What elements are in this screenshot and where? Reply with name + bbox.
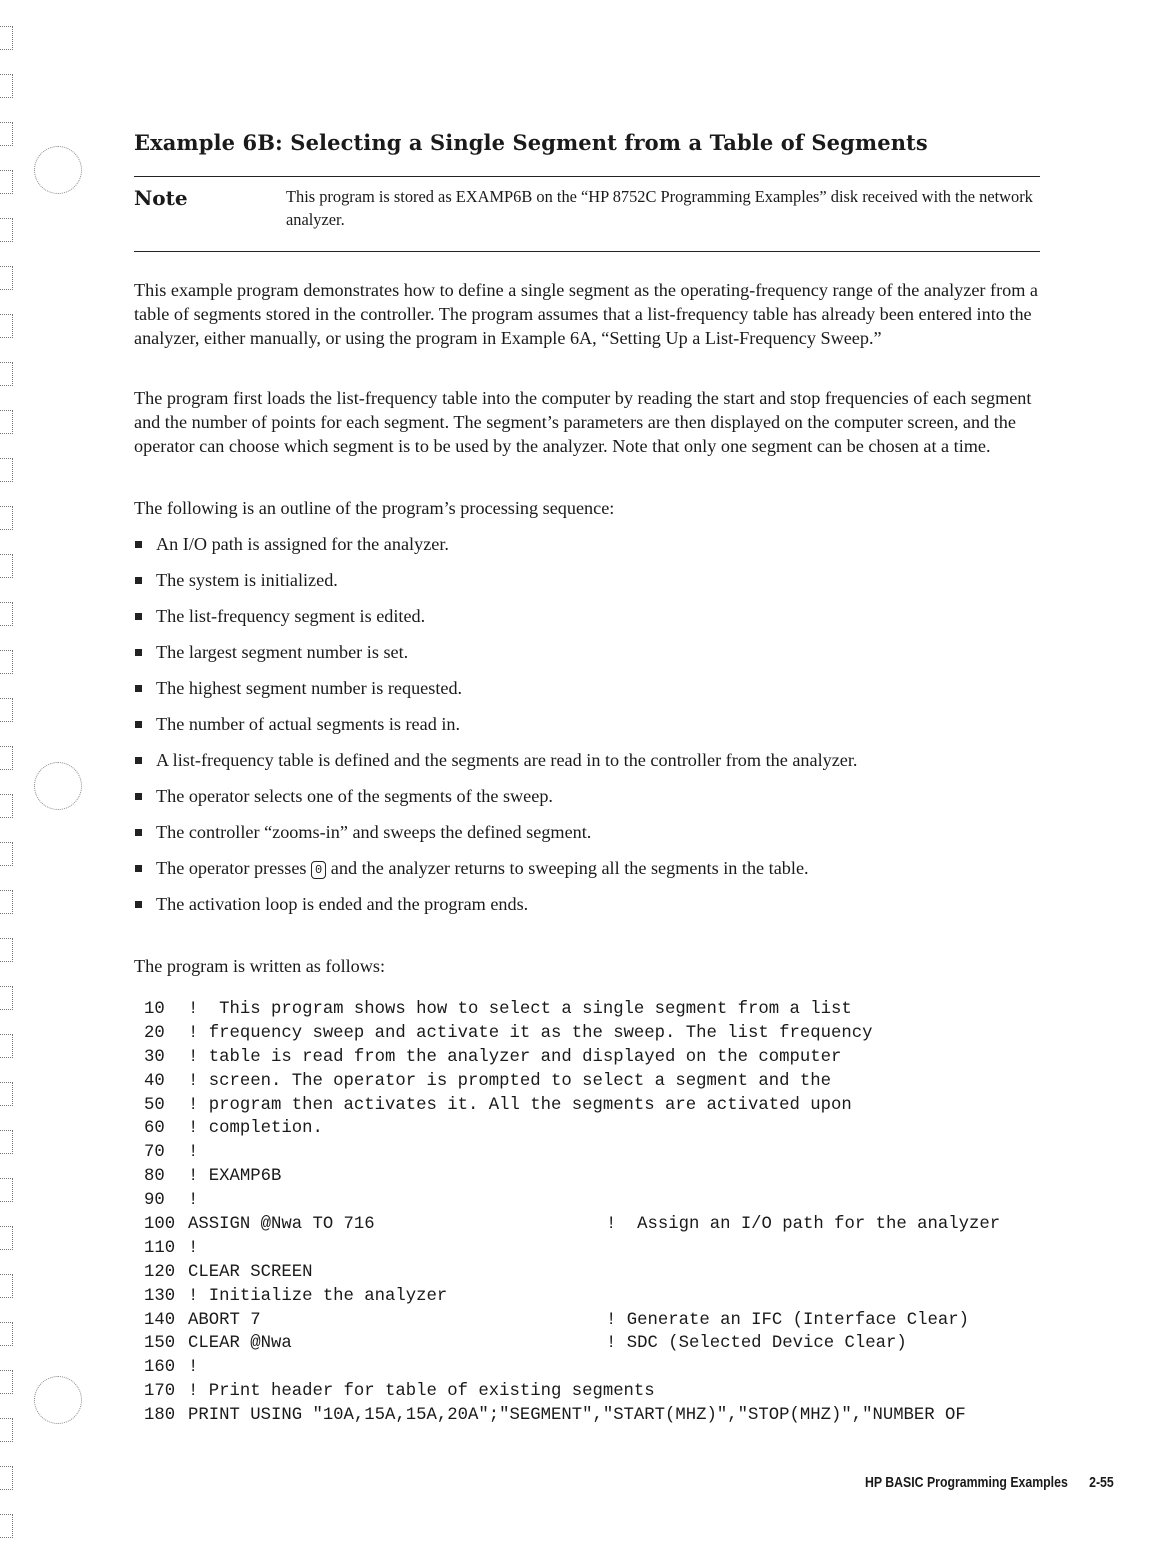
margin-mark bbox=[0, 1274, 13, 1298]
line-number: 70 bbox=[144, 1141, 165, 1165]
line-number: 120 bbox=[144, 1261, 175, 1285]
note-top-rule bbox=[134, 176, 1040, 177]
code-line: 120CLEAR SCREEN bbox=[144, 1261, 1044, 1285]
list-item-text: The highest segment number is requested. bbox=[156, 678, 462, 698]
margin-mark bbox=[0, 1226, 13, 1250]
margin-mark bbox=[0, 266, 13, 290]
line-number: 170 bbox=[144, 1380, 175, 1404]
code-listing: 10! This program shows how to select a s… bbox=[144, 998, 1044, 1428]
list-item: The highest segment number is requested. bbox=[134, 676, 1044, 700]
code-line: 160! bbox=[144, 1356, 1044, 1380]
margin-mark bbox=[0, 554, 13, 578]
code-line: 110! bbox=[144, 1237, 1044, 1261]
code-line: 150CLEAR @Nwa! SDC (Selected Device Clea… bbox=[144, 1332, 1044, 1356]
margin-mark bbox=[0, 602, 13, 626]
margin-mark bbox=[0, 938, 13, 962]
margin-mark bbox=[0, 794, 13, 818]
list-item: The activation loop is ended and the pro… bbox=[134, 892, 1044, 916]
list-item: The largest segment number is set. bbox=[134, 640, 1044, 664]
processing-sequence-list: An I/O path is assigned for the analyzer… bbox=[134, 532, 1044, 928]
line-number: 140 bbox=[144, 1309, 175, 1333]
margin-mark bbox=[0, 986, 13, 1010]
bullet-square-icon bbox=[135, 541, 142, 548]
code-intro: The program is written as follows: bbox=[134, 954, 1044, 978]
outline-intro: The following is an outline of the progr… bbox=[134, 496, 1044, 520]
code-statement: CLEAR @Nwa bbox=[188, 1332, 292, 1356]
punch-hole bbox=[34, 1376, 82, 1424]
margin-mark bbox=[0, 506, 13, 530]
code-line: 100ASSIGN @Nwa TO 716! Assign an I/O pat… bbox=[144, 1213, 1044, 1237]
code-statement: ! program then activates it. All the seg… bbox=[188, 1094, 852, 1118]
code-line: 90! bbox=[144, 1189, 1044, 1213]
margin-mark bbox=[0, 746, 13, 770]
list-item-text: The operator selects one of the segments… bbox=[156, 786, 553, 806]
margin-mark bbox=[0, 1130, 13, 1154]
code-statement: ! screen. The operator is prompted to se… bbox=[188, 1070, 831, 1094]
line-number: 60 bbox=[144, 1117, 165, 1141]
line-number: 90 bbox=[144, 1189, 165, 1213]
code-statement: ! EXAMP6B bbox=[188, 1165, 281, 1189]
punch-hole bbox=[34, 146, 82, 194]
margin-mark bbox=[0, 362, 13, 386]
code-line: 10! This program shows how to select a s… bbox=[144, 998, 1044, 1022]
code-line: 140ABORT 7! Generate an IFC (Interface C… bbox=[144, 1309, 1044, 1333]
margin-mark bbox=[0, 1370, 13, 1394]
margin-mark bbox=[0, 122, 13, 146]
note-text: This program is stored as EXAMP6B on the… bbox=[286, 185, 1046, 231]
code-statement: ! This program shows how to select a sin… bbox=[188, 998, 852, 1022]
margin-mark bbox=[0, 650, 13, 674]
page-footer: HP BASIC Programming Examples2-55 bbox=[865, 1474, 1114, 1491]
list-item-text: An I/O path is assigned for the analyzer… bbox=[156, 534, 449, 554]
margin-mark bbox=[0, 842, 13, 866]
code-statement: ! bbox=[188, 1237, 198, 1261]
list-item: The system is initialized. bbox=[134, 568, 1044, 592]
line-number: 160 bbox=[144, 1356, 175, 1380]
margin-mark bbox=[0, 74, 13, 98]
line-number: 40 bbox=[144, 1070, 165, 1094]
note-label: Note bbox=[134, 186, 188, 210]
margin-mark bbox=[0, 1178, 13, 1202]
bullet-square-icon bbox=[135, 649, 142, 656]
list-item-text: The largest segment number is set. bbox=[156, 642, 408, 662]
code-statement: ! frequency sweep and activate it as the… bbox=[188, 1022, 872, 1046]
list-item-text: The controller “zooms-in” and sweeps the… bbox=[156, 822, 591, 842]
code-line: 180PRINT USING "10A,15A,15A,20A";"SEGMEN… bbox=[144, 1404, 1044, 1428]
code-line: 170! Print header for table of existing … bbox=[144, 1380, 1044, 1404]
note-bottom-rule bbox=[134, 251, 1040, 252]
line-number: 30 bbox=[144, 1046, 165, 1070]
code-line: 40! screen. The operator is prompted to … bbox=[144, 1070, 1044, 1094]
list-item: The operator presses 0 and the analyzer … bbox=[134, 856, 1044, 880]
code-comment: ! Assign an I/O path for the analyzer bbox=[606, 1213, 1000, 1237]
bullet-square-icon bbox=[135, 793, 142, 800]
margin-mark bbox=[0, 1418, 13, 1442]
bullet-square-icon bbox=[135, 685, 142, 692]
margin-mark bbox=[0, 170, 13, 194]
list-item: The list-frequency segment is edited. bbox=[134, 604, 1044, 628]
code-statement: ! table is read from the analyzer and di… bbox=[188, 1046, 841, 1070]
punch-hole bbox=[34, 762, 82, 810]
code-statement: CLEAR SCREEN bbox=[188, 1261, 312, 1285]
margin-mark bbox=[0, 1082, 13, 1106]
bullet-square-icon bbox=[135, 757, 142, 764]
code-line: 30! table is read from the analyzer and … bbox=[144, 1046, 1044, 1070]
code-statement: ASSIGN @Nwa TO 716 bbox=[188, 1213, 375, 1237]
line-number: 110 bbox=[144, 1237, 175, 1261]
margin-mark bbox=[0, 410, 13, 434]
list-item-text: A list-frequency table is defined and th… bbox=[156, 750, 857, 770]
code-statement: ! Print header for table of existing seg… bbox=[188, 1380, 655, 1404]
margin-mark bbox=[0, 26, 13, 50]
page-number: 2-55 bbox=[1089, 1474, 1114, 1491]
margin-mark bbox=[0, 1034, 13, 1058]
list-item: The controller “zooms-in” and sweeps the… bbox=[134, 820, 1044, 844]
key-0-icon: 0 bbox=[311, 861, 326, 879]
code-statement: ! bbox=[188, 1141, 198, 1165]
line-number: 180 bbox=[144, 1404, 175, 1428]
bullet-square-icon bbox=[135, 829, 142, 836]
code-statement: PRINT USING "10A,15A,15A,20A";"SEGMENT",… bbox=[188, 1404, 966, 1428]
margin-mark bbox=[0, 890, 13, 914]
margin-mark bbox=[0, 1322, 13, 1346]
list-item-text: The activation loop is ended and the pro… bbox=[156, 894, 528, 914]
code-statement: ! Initialize the analyzer bbox=[188, 1285, 447, 1309]
margin-mark bbox=[0, 218, 13, 242]
code-statement: ! bbox=[188, 1189, 198, 1213]
list-item: An I/O path is assigned for the analyzer… bbox=[134, 532, 1044, 556]
list-item-text: The number of actual segments is read in… bbox=[156, 714, 460, 734]
intro-paragraph: This example program demonstrates how to… bbox=[134, 278, 1044, 350]
code-line: 20! frequency sweep and activate it as t… bbox=[144, 1022, 1044, 1046]
list-item-text: The operator presses bbox=[156, 858, 311, 878]
line-number: 50 bbox=[144, 1094, 165, 1118]
code-comment: ! SDC (Selected Device Clear) bbox=[606, 1332, 907, 1356]
code-line: 80! EXAMP6B bbox=[144, 1165, 1044, 1189]
list-item: The number of actual segments is read in… bbox=[134, 712, 1044, 736]
code-comment: ! Generate an IFC (Interface Clear) bbox=[606, 1309, 969, 1333]
page-title: Example 6B: Selecting a Single Segment f… bbox=[134, 130, 928, 155]
list-item: The operator selects one of the segments… bbox=[134, 784, 1044, 808]
line-number: 100 bbox=[144, 1213, 175, 1237]
line-number: 10 bbox=[144, 998, 165, 1022]
code-statement: ! completion. bbox=[188, 1117, 323, 1141]
line-number: 20 bbox=[144, 1022, 165, 1046]
code-statement: ! bbox=[188, 1356, 198, 1380]
code-line: 60! completion. bbox=[144, 1117, 1044, 1141]
code-line: 50! program then activates it. All the s… bbox=[144, 1094, 1044, 1118]
line-number: 130 bbox=[144, 1285, 175, 1309]
bullet-square-icon bbox=[135, 865, 142, 872]
margin-mark bbox=[0, 1466, 13, 1490]
margin-mark bbox=[0, 314, 13, 338]
bullet-square-icon bbox=[135, 721, 142, 728]
code-statement: ABORT 7 bbox=[188, 1309, 261, 1333]
list-item: A list-frequency table is defined and th… bbox=[134, 748, 1016, 772]
list-item-text: The system is initialized. bbox=[156, 570, 338, 590]
margin-mark bbox=[0, 1514, 13, 1538]
code-line: 70! bbox=[144, 1141, 1044, 1165]
description-paragraph: The program first loads the list-frequen… bbox=[134, 386, 1044, 458]
bullet-square-icon bbox=[135, 901, 142, 908]
bullet-square-icon bbox=[135, 613, 142, 620]
code-line: 130! Initialize the analyzer bbox=[144, 1285, 1044, 1309]
footer-section: HP BASIC Programming Examples bbox=[865, 1474, 1068, 1491]
margin-mark bbox=[0, 698, 13, 722]
list-item-text: and the analyzer returns to sweeping all… bbox=[326, 858, 808, 878]
line-number: 150 bbox=[144, 1332, 175, 1356]
bullet-square-icon bbox=[135, 577, 142, 584]
line-number: 80 bbox=[144, 1165, 165, 1189]
margin-mark bbox=[0, 458, 13, 482]
list-item-text: The list-frequency segment is edited. bbox=[156, 606, 425, 626]
